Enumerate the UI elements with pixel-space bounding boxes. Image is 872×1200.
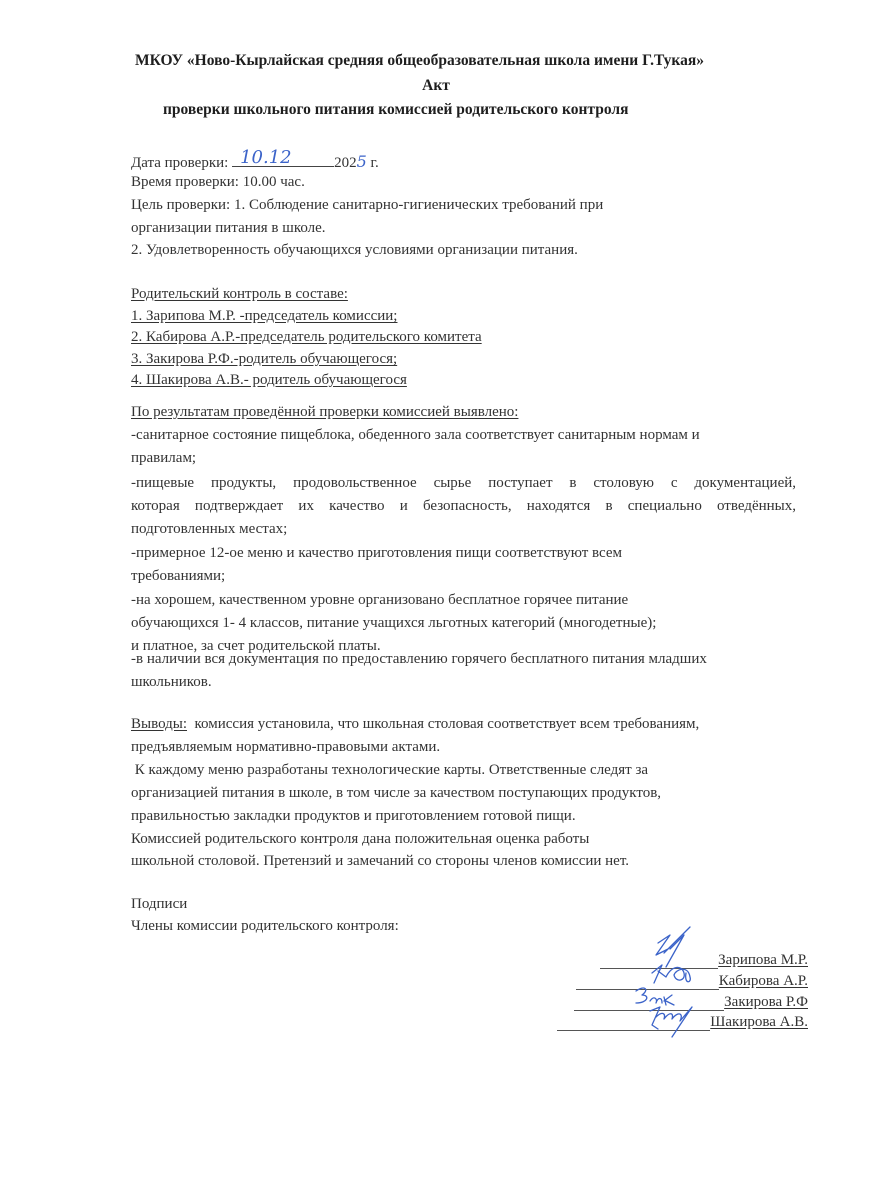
results-line: требованиями; [131,568,225,585]
commission-heading: Родительский контроль в составе: [131,286,348,303]
goal-line-1: Цель проверки: 1. Соблюдение санитарно-г… [131,197,603,214]
year-prefix: 202 [334,155,357,171]
handwritten-signatures-icon [600,925,730,1045]
conclusions-line: Комиссией родительского контроля дана по… [131,831,589,848]
commission-member: 1. Зарипова М.Р. -председатель комиссии; [131,308,397,325]
conclusions-line: правильностью закладки продуктов и приго… [131,808,576,825]
institution-title: МКОУ «Ново-Кырлайская средняя общеобразо… [135,52,704,70]
commission-member: 4. Шакирова А.В.- родитель обучающегося [131,372,407,389]
signatory-name: Кабирова А.Р. [719,973,808,990]
results-line: обучающихся 1- 4 классов, питание учащих… [131,615,656,632]
results-heading: По результатам проведённой проверки коми… [131,404,518,421]
conclusions-line: предъявляемым нормативно-правовыми актам… [131,739,440,756]
goal-line-2: организации питания в школе. [131,220,326,237]
date-handwritten: 10.12 [240,147,292,168]
signatory-name: Закирова Р.Ф [724,994,808,1011]
conclusions-label: Выводы: [131,716,187,732]
signatures-subtitle: Члены комиссии родительского контроля: [131,918,399,935]
date-field: 10.12 [232,150,334,167]
signatory-name: Зарипова М.Р. [718,952,808,969]
results-line: -примерное 12-ое меню и качество пригото… [131,545,622,562]
commission-member: 3. Закирова Р.Ф.-родитель обучающегося; [131,351,397,368]
conclusions-line: школьной столовой. Претензий и замечаний… [131,853,629,870]
document-type: Акт [0,77,872,95]
document-subtitle: проверки школьного питания комиссией род… [163,101,628,119]
results-line: правилам; [131,450,196,467]
inspection-time: Время проверки: 10.00 час. [131,174,305,191]
results-line: -на хорошем, качественном уровне организ… [131,592,628,609]
results-line: которая подтверждает их качество и безоп… [131,498,796,515]
commission-member: 2. Кабирова А.Р.-председатель родительск… [131,329,482,346]
goal-line-3: 2. Удовлетворенность обучающихся условия… [131,242,578,259]
date-label: Дата проверки: [131,155,228,171]
results-line: -санитарное состояние пищеблока, обеденн… [131,427,700,444]
results-line: подготовленных местах; [131,521,287,538]
inspection-date: Дата проверки: 10.122025 г. [131,150,379,172]
conclusions-line: организацией питания в школе, в том числ… [131,785,661,802]
year-handwritten: 5 [357,152,367,171]
results-line: -пищевые продукты, продовольственное сыр… [131,475,796,492]
document-page: МКОУ «Ново-Кырлайская средняя общеобразо… [0,0,872,1200]
year-suffix: г. [367,155,379,171]
conclusions-first-line: Выводы: комиссия установила, что школьна… [131,716,699,733]
results-line: -в наличии вся документация по предостав… [131,651,707,668]
signatures-title: Подписи [131,896,187,913]
conclusions-text: комиссия установила, что школьная столов… [187,716,699,732]
conclusions-line: К каждому меню разработаны технологическ… [131,762,648,779]
results-line: школьников. [131,674,212,691]
